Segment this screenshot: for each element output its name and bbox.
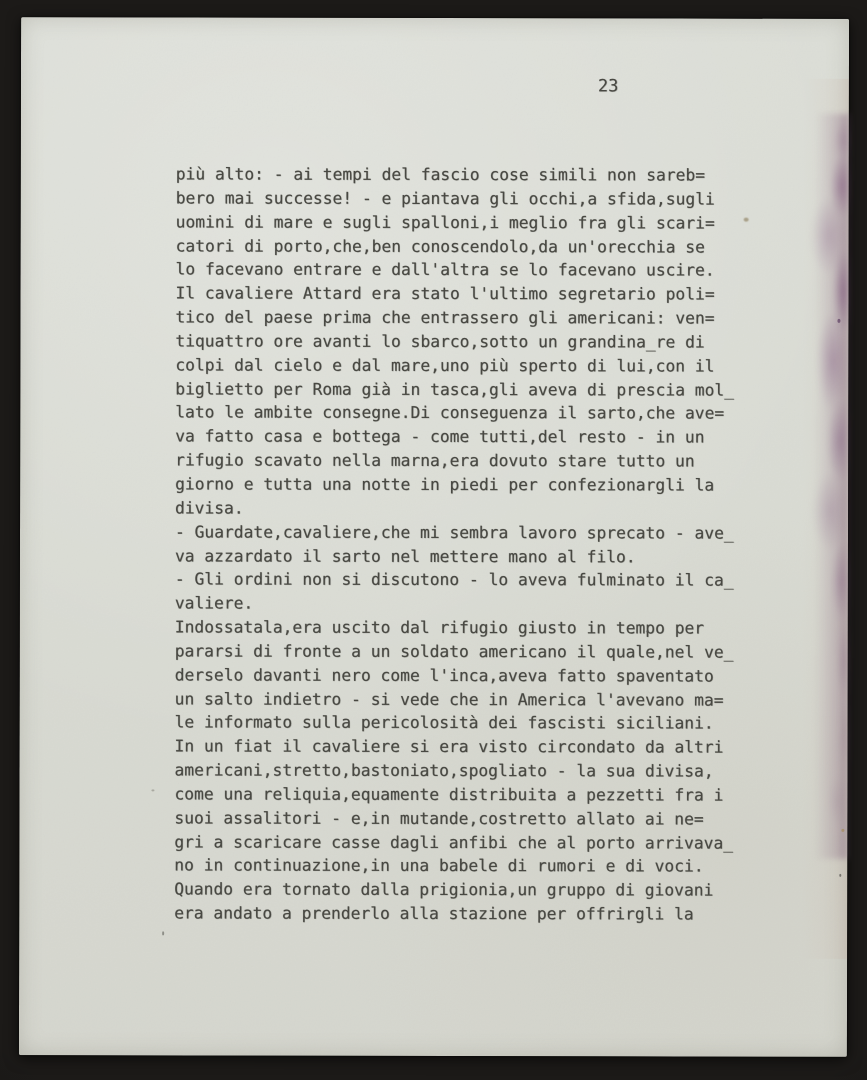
- document-page: 23 più alto: - ai tempi del fascio cose …: [19, 17, 849, 1057]
- paper-discoloration: [801, 79, 849, 959]
- paper-speck: [841, 829, 844, 832]
- scanner-background: 23 più alto: - ai tempi del fascio cose …: [0, 0, 867, 1080]
- page-number: 23: [598, 74, 619, 98]
- typewritten-text: più alto: - ai tempi del fascio cose sim…: [174, 162, 734, 926]
- paper-speck: [151, 789, 154, 791]
- ink-stain: [772, 114, 849, 859]
- paper-speck: [162, 931, 164, 935]
- paper-speck: [839, 874, 841, 877]
- paper-speck: [837, 319, 840, 323]
- paper-speck: [744, 218, 749, 222]
